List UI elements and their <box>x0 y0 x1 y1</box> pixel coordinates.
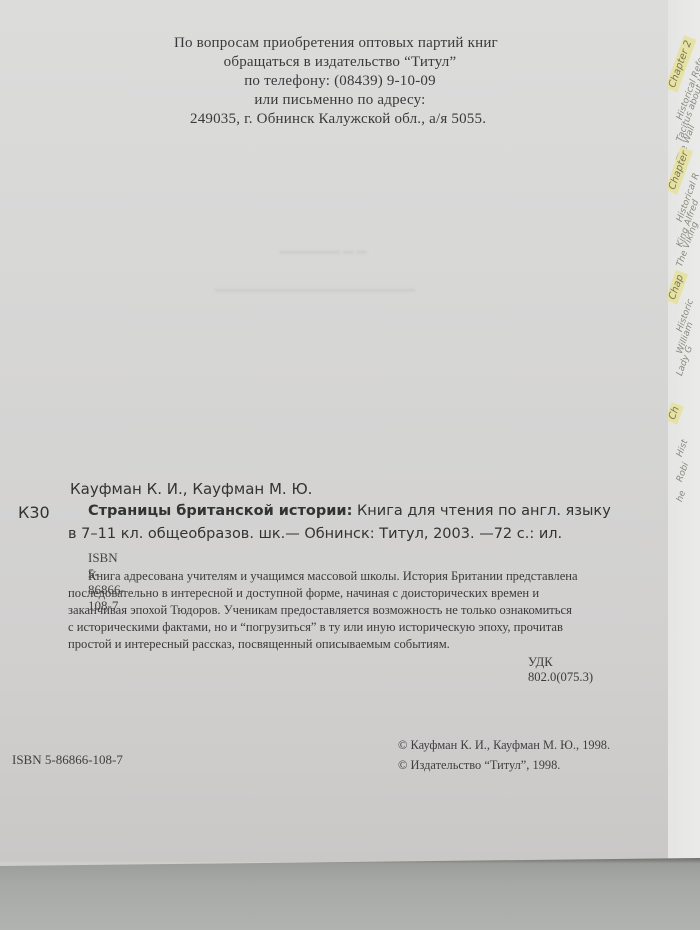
copyright-block: © Кауфман К. И., Кауфман М. Ю., 1998. © … <box>398 735 610 775</box>
annotation-line: простой и интересный рассказ, посвященны… <box>68 636 638 653</box>
chapter-item: he <box>675 489 688 503</box>
footer-isbn: ISBN 5-86866-108-7 <box>12 752 123 768</box>
annotation: Книга адресована учителям и учащимся мас… <box>68 568 638 653</box>
chapter-item: Robi <box>675 461 691 483</box>
udk-code: УДК 802.0(075.3) <box>528 655 593 685</box>
title-rest: Книга для чтения по англ. языку <box>352 503 610 519</box>
copyright-publisher: © Издательство “Титул”, 1998. <box>398 755 610 775</box>
chapter-item: Hist <box>675 439 690 459</box>
ordering-info: По вопросам приобретения оптовых партий … <box>150 34 530 129</box>
copyright-authors: © Кауфман К. И., Кауфман М. Ю., 1998. <box>398 735 610 755</box>
table-surface <box>0 858 700 930</box>
ordering-line: по телефону: (08439) 9-10-09 <box>150 72 530 91</box>
title-bold: Страницы британской истории: <box>88 503 352 519</box>
annotation-line: с историческими фактами, но и “погрузить… <box>68 619 638 636</box>
authors: Кауфман К. И., Кауфман М. Ю. <box>70 480 312 498</box>
annotation-line: Книга адресована учителям и учащимся мас… <box>88 568 638 585</box>
library-code: К30 <box>18 503 50 522</box>
show-through-text: ▁▁▁▁▁▁▁▁▁▁▁▁▁▁▁▁▁▁▁▁ <box>215 276 415 292</box>
book-title: Страницы британской истории: Книга для ч… <box>88 503 611 519</box>
ordering-line: По вопросам приобретения оптовых партий … <box>174 34 530 53</box>
ordering-line: обращаться в издательство “Титул” <box>150 53 530 72</box>
publication-details: в 7–11 кл. общеобразов. шк.— Обнинск: Ти… <box>68 526 562 542</box>
book-page: По вопросам приобретения оптовых партий … <box>0 0 668 862</box>
ordering-line: или письменно по адресу: <box>150 91 530 110</box>
ordering-address: 249035, г. Обнинск Калужской обл., а/я 5… <box>190 110 530 129</box>
annotation-line: заканчивая эпохой Тюдоров. Ученикам пред… <box>68 602 638 619</box>
chapter-tab: Chap <box>665 270 688 304</box>
annotation-line: последовательно в интересной и доступной… <box>68 585 638 602</box>
show-through-text: ▁▁▁▁▁▁ ▁ ▁ <box>280 238 366 254</box>
